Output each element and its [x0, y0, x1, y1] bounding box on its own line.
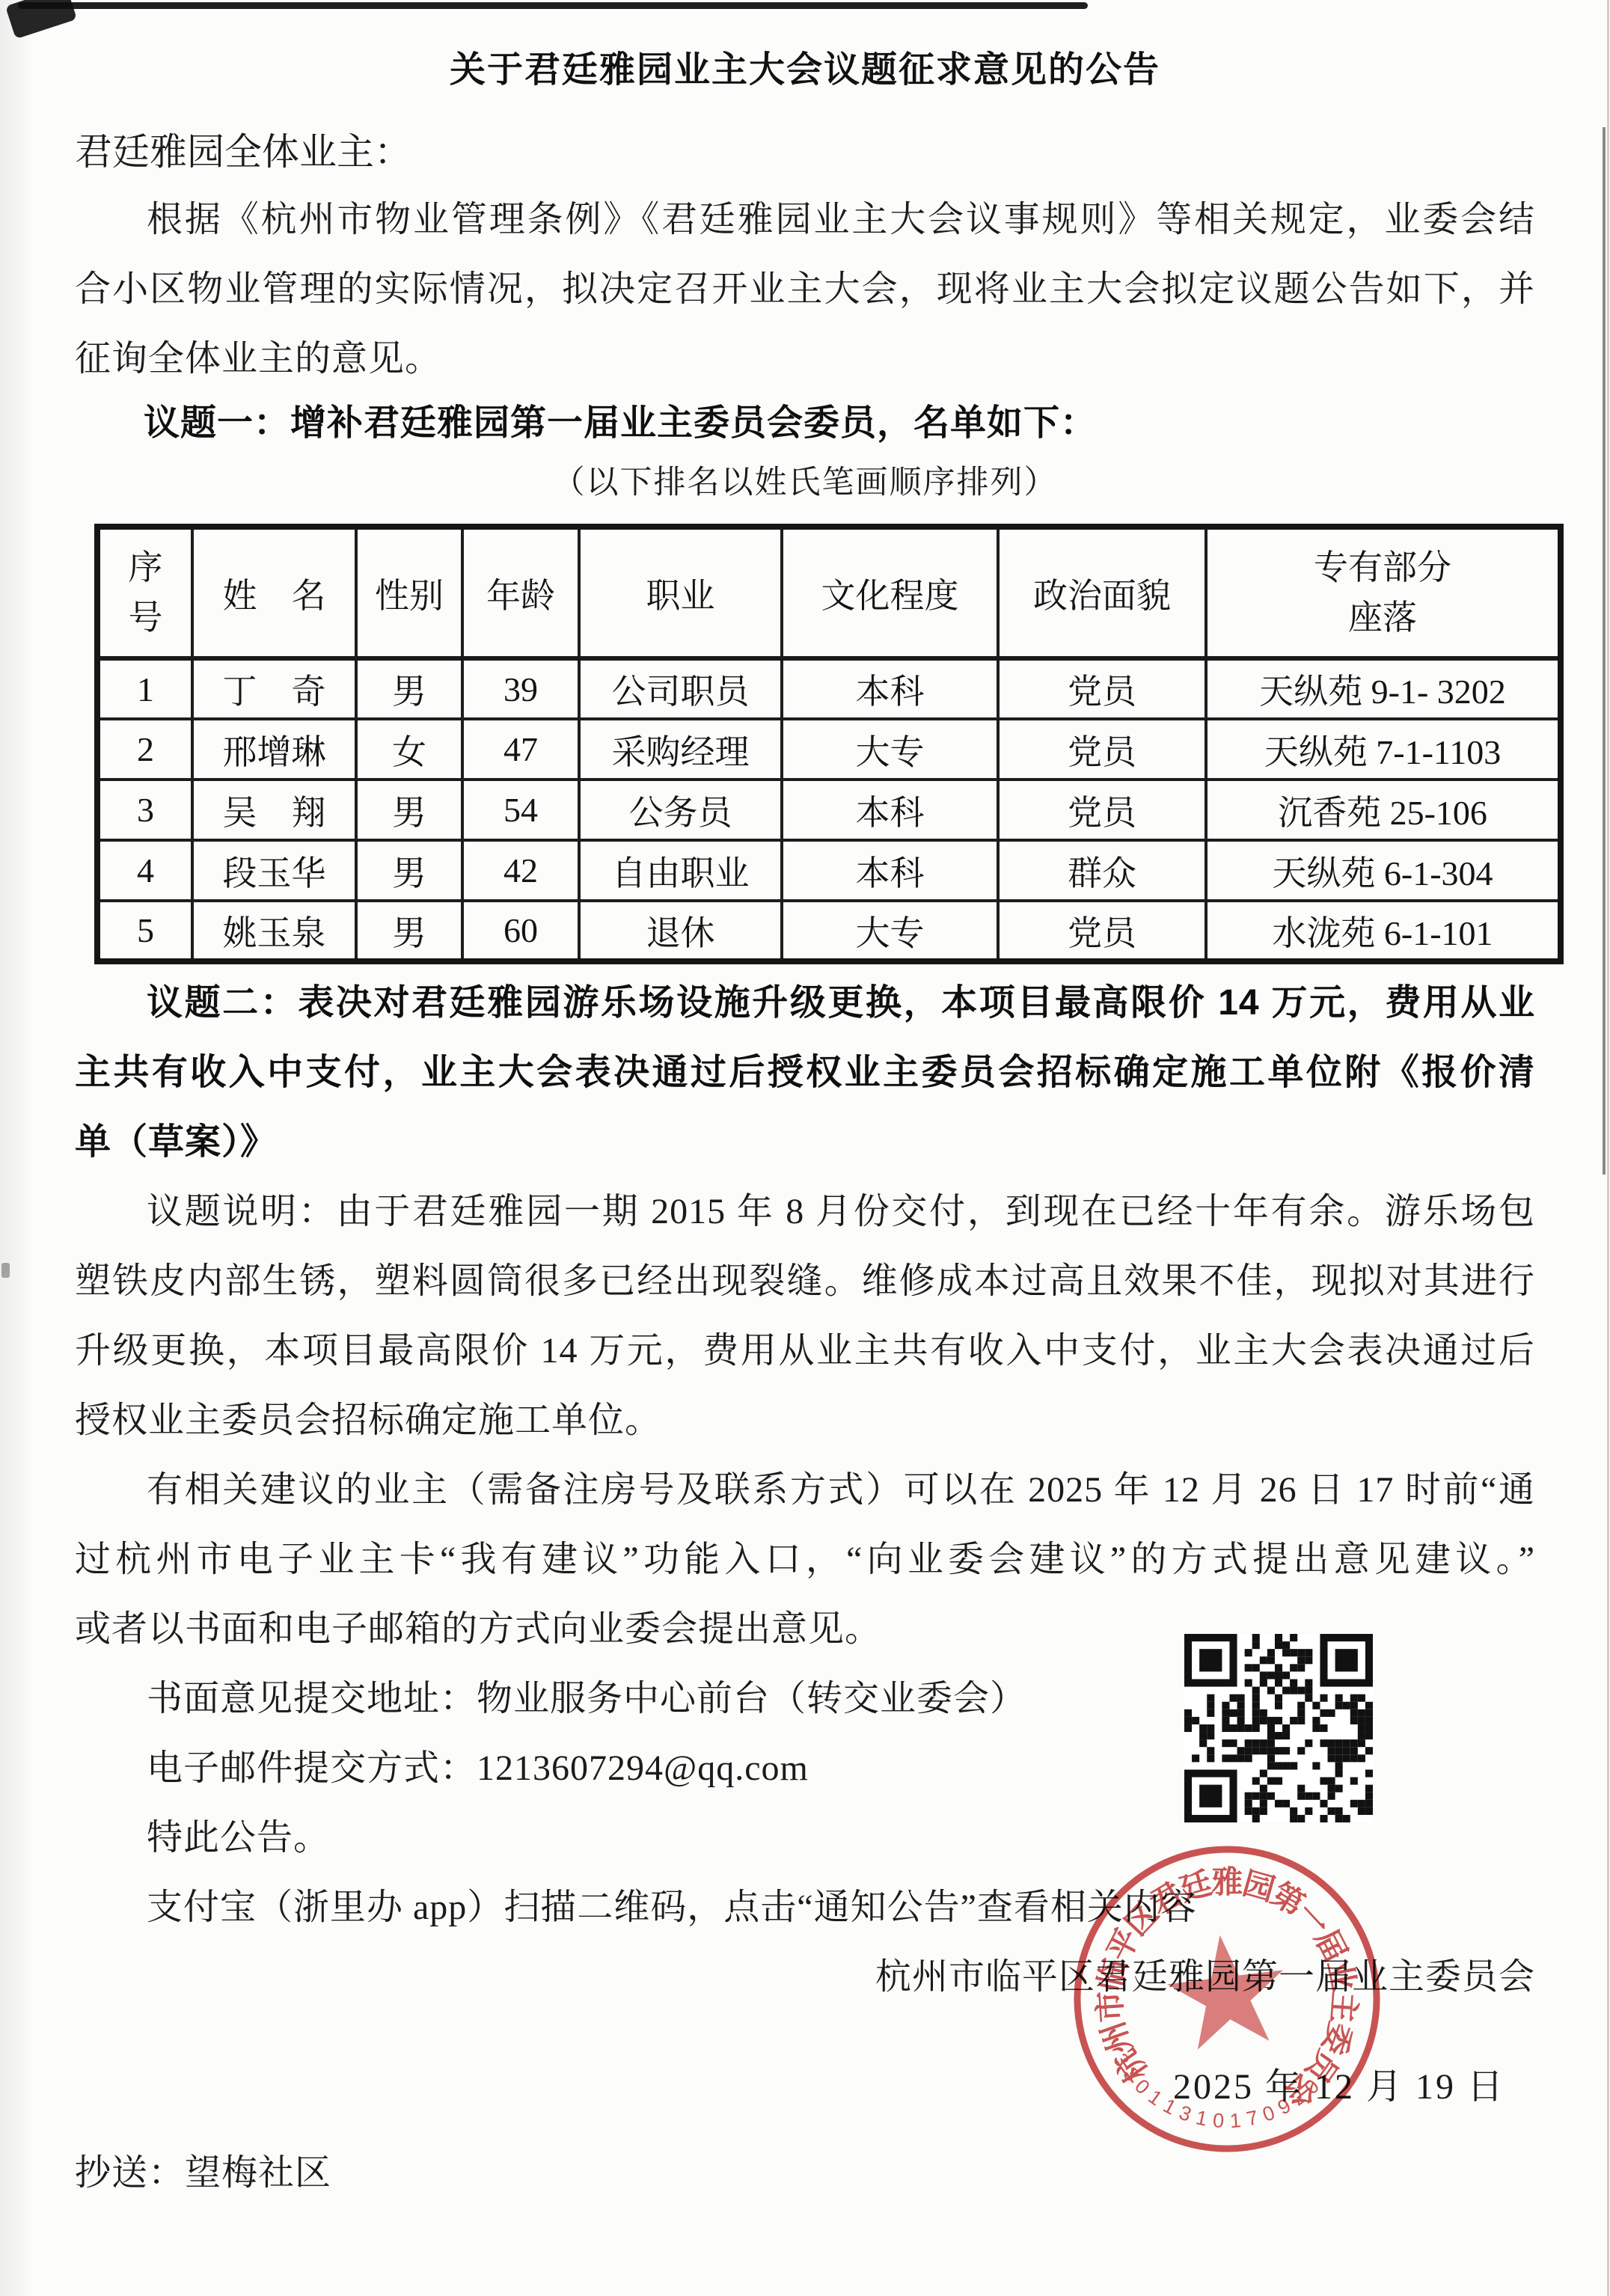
cell-age: 39: [462, 658, 579, 719]
topic2-line-2: 主共有收入中支付，业主大会表决通过后授权业主委员会招标确定施工单位附《报价清: [75, 1038, 1535, 1107]
scan-artifact-left-tick: [1, 1263, 10, 1278]
svg-text:业: 业: [1320, 1957, 1361, 1995]
cell-age: 54: [462, 780, 579, 840]
header-politics: 政治面貌: [998, 527, 1206, 658]
explain-line-1: 议题说明：由于君廷雅园一期 2015 年 8 月份交付，到现在已经十年有余。游乐…: [75, 1177, 1535, 1246]
intro-line-3: 征询全体业主的意见。: [75, 324, 1535, 394]
topic2-line-3: 单（草案）》: [75, 1107, 1535, 1177]
svg-text:市: 市: [1092, 1990, 1130, 2024]
stamp-star-icon: [1162, 1928, 1291, 2052]
explain-line-4: 授权业主委员会招标确定施工单位。: [75, 1386, 1535, 1455]
header-seq-top: 序: [105, 543, 186, 593]
cell-gender: 男: [356, 840, 462, 901]
header-seq: 序 号: [97, 527, 192, 658]
qr-code: [1184, 1634, 1373, 1822]
topic2-paragraph: 议题二：表决对君廷雅园游乐场设施升级更换，本项目最高限价 14 万元，费用从业 …: [75, 968, 1535, 1177]
scan-artifact-right-edge: [1607, 0, 1609, 2296]
table-row: 1 丁 奇 男 39 公司职员 本科 党员 天纵苑 9-1- 3202: [97, 658, 1561, 719]
svg-text:1: 1: [1160, 2094, 1180, 2119]
official-stamp: 杭州市临平区君廷雅园第一届业主委员会 33011310170920: [1055, 1827, 1399, 2171]
topic2-explanation-paragraph: 议题说明：由于君廷雅园一期 2015 年 8 月份交付，到现在已经十年有余。游乐…: [75, 1177, 1535, 1455]
header-job: 职业: [579, 527, 782, 658]
svg-text:3: 3: [1176, 2101, 1194, 2126]
cell-politics: 党员: [998, 658, 1206, 719]
cell-location: 沉香苑 25-106: [1206, 780, 1561, 840]
cell-gender: 男: [356, 658, 462, 719]
scan-artifact-right-line: [1603, 127, 1606, 1175]
header-location-bottom: 座落: [1212, 593, 1553, 643]
cell-location: 天纵苑 7-1-1103: [1206, 719, 1561, 780]
topic1-heading: 议题一：增补君廷雅园第一届业主委员会委员，名单如下：: [75, 399, 1604, 447]
suggest-line-2: 过杭州市电子业主卡“我有建议”功能入口，“向业委会建议”的方式提出意见建议。”: [75, 1525, 1535, 1594]
cell-job: 公务员: [579, 780, 782, 840]
cell-name: 吴 翔: [192, 780, 356, 840]
cell-job: 自由职业: [579, 840, 782, 901]
cell-age: 42: [462, 840, 579, 901]
table-header-row: 序 号 姓 名 性别 年龄 职业 文化程度 政治面貌 专有部分 座落: [97, 527, 1561, 658]
cell-seq: 4: [97, 840, 192, 901]
svg-text:0: 0: [1260, 2101, 1278, 2126]
cell-seq: 2: [97, 719, 192, 780]
cell-name: 邢增琳: [192, 719, 356, 780]
cell-gender: 男: [356, 901, 462, 961]
cell-politics: 群众: [998, 840, 1206, 901]
cell-location: 天纵苑 9-1- 3202: [1206, 658, 1561, 719]
cell-seq: 3: [97, 780, 192, 840]
cell-name: 姚玉泉: [192, 901, 356, 961]
header-seq-bottom: 号: [105, 593, 186, 643]
cell-education: 大专: [782, 901, 998, 961]
cell-politics: 党员: [998, 901, 1206, 961]
header-location: 专有部分 座落: [1206, 527, 1561, 658]
cell-seq: 1: [97, 658, 192, 719]
intro-paragraph: 根据《杭州市物业管理条例》《君廷雅园业主大会议事规则》等相关规定，业委会结 合小…: [75, 185, 1535, 394]
suggest-line-1: 有相关建议的业主（需备注房号及联系方式）可以在 2025 年 12 月 26 日…: [75, 1455, 1535, 1525]
cell-gender: 女: [356, 719, 462, 780]
topic2-line-1: 议题二：表决对君廷雅园游乐场设施升级更换，本项目最高限价 14 万元，费用从业: [75, 968, 1535, 1038]
table-row: 4 段玉华 男 42 自由职业 本科 群众 天纵苑 6-1-304: [97, 840, 1561, 901]
svg-text:1: 1: [1229, 2109, 1242, 2132]
svg-text:0: 0: [1212, 2109, 1225, 2132]
cell-education: 大专: [782, 719, 998, 780]
header-location-top: 专有部分: [1212, 543, 1553, 593]
svg-text:1: 1: [1194, 2106, 1210, 2130]
table-row: 3 吴 翔 男 54 公务员 本科 党员 沉香苑 25-106: [97, 780, 1561, 840]
suggestion-paragraph: 有相关建议的业主（需备注房号及联系方式）可以在 2025 年 12 月 26 日…: [75, 1455, 1535, 1664]
cell-job: 退休: [579, 901, 782, 961]
cell-name: 段玉华: [192, 840, 356, 901]
cell-politics: 党员: [998, 780, 1206, 840]
notice-document-page: 关于君廷雅园业主大会议题征求意见的公告 君廷雅园全体业主： 根据《杭州市物业管理…: [0, 0, 1610, 2296]
table-row: 2 邢增琳 女 47 采购经理 大专 党员 天纵苑 7-1-1103: [97, 719, 1561, 780]
cell-education: 本科: [782, 780, 998, 840]
header-education: 文化程度: [782, 527, 998, 658]
cell-job: 公司职员: [579, 658, 782, 719]
explain-line-3: 升级更换，本项目最高限价 14 万元，费用从业主共有收入中支付，业主大会表决通过…: [75, 1316, 1535, 1386]
explain-line-2: 塑铁皮内部生锈，塑料圆筒很多已经出现裂缝。维修成本过高且效果不佳，现拟对其进行: [75, 1246, 1535, 1316]
cell-gender: 男: [356, 780, 462, 840]
intro-line-1: 根据《杭州市物业管理条例》《君廷雅园业主大会议事规则》等相关规定，业委会结: [75, 185, 1535, 254]
scan-artifact-top-blob: [5, 0, 77, 39]
committee-members-table: 序 号 姓 名 性别 年龄 职业 文化程度 政治面貌 专有部分 座落 1 丁 奇…: [94, 524, 1564, 964]
topic1-sort-note: （以下排名以姓氏笔画顺序排列）: [0, 462, 1610, 504]
salutation: 君廷雅园全体业主：: [75, 127, 1535, 177]
cell-location: 天纵苑 6-1-304: [1206, 840, 1561, 901]
scan-artifact-top-line: [18, 2, 1088, 9]
notice-title: 关于君廷雅园业主大会议题征求意见的公告: [0, 47, 1610, 94]
table-row: 5 姚玉泉 男 60 退休 大专 党员 水泷苑 6-1-101: [97, 901, 1561, 961]
cell-job: 采购经理: [579, 719, 782, 780]
cell-age: 47: [462, 719, 579, 780]
cell-location: 水泷苑 6-1-101: [1206, 901, 1561, 961]
cell-politics: 党员: [998, 719, 1206, 780]
cell-education: 本科: [782, 658, 998, 719]
cell-seq: 5: [97, 901, 192, 961]
header-age: 年龄: [462, 527, 579, 658]
intro-line-2: 合小区物业管理的实际情况，拟决定召开业主大会，现将业主大会拟定议题公告如下，并: [75, 254, 1535, 324]
cell-age: 60: [462, 901, 579, 961]
svg-text:雅: 雅: [1211, 1865, 1243, 1900]
header-name: 姓 名: [192, 527, 356, 658]
cell-name: 丁 奇: [192, 658, 356, 719]
header-gender: 性别: [356, 527, 462, 658]
cell-education: 本科: [782, 840, 998, 901]
svg-text:7: 7: [1244, 2106, 1260, 2130]
